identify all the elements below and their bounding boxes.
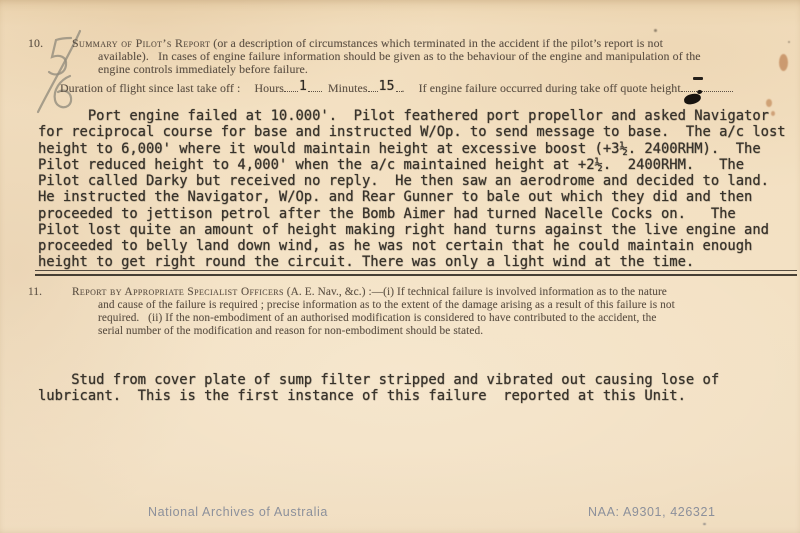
- paper-speck: [654, 29, 657, 32]
- minutes-label: Minutes: [328, 81, 368, 95]
- paper-speck: [788, 41, 790, 43]
- ink-blot: [683, 93, 701, 105]
- rust-stain: [771, 111, 775, 116]
- archive-watermark-left: National Archives of Australia: [148, 505, 328, 519]
- form-item-10: 10.Summary of Pilot’s Report (or a descr…: [63, 37, 800, 75]
- takeoff-question: If engine failure occurred during take o…: [419, 81, 681, 95]
- after-minutes-period: .: [402, 81, 405, 95]
- minutes-leader: [368, 81, 378, 92]
- hours-label: Hours: [254, 81, 284, 95]
- paper-speck: [703, 523, 706, 525]
- item-11-heading: Report by Appropriate Specialist Officer…: [72, 286, 284, 298]
- form-item-11: 11.Report by Appropriate Specialist Offi…: [63, 286, 800, 338]
- document-scan: 10.Summary of Pilot’s Report (or a descr…: [0, 0, 800, 533]
- rust-stain: [766, 99, 772, 107]
- section-rule-thin: [35, 270, 797, 271]
- hours-leader: [284, 81, 298, 92]
- hours-value: 1: [298, 79, 308, 94]
- duration-label: Duration of flight since last take off :: [60, 81, 240, 95]
- archive-watermark-right: NAA: A9301, 426321: [588, 505, 716, 519]
- height-leader: [681, 81, 733, 92]
- typed-height-dash: [693, 77, 703, 80]
- pilot-report-last-line: height to get right round the circuit. T…: [38, 254, 798, 270]
- rust-stain: [779, 54, 788, 71]
- minutes-value: 15: [378, 79, 396, 94]
- specialist-report-typed-text: Stud from cover plate of sump filter str…: [38, 372, 798, 405]
- section-rule-thick: [35, 274, 797, 277]
- hours-leader-2: [308, 81, 322, 92]
- pilot-report-typed-text: Port engine failed at 10.000'. Pilot fea…: [38, 108, 798, 255]
